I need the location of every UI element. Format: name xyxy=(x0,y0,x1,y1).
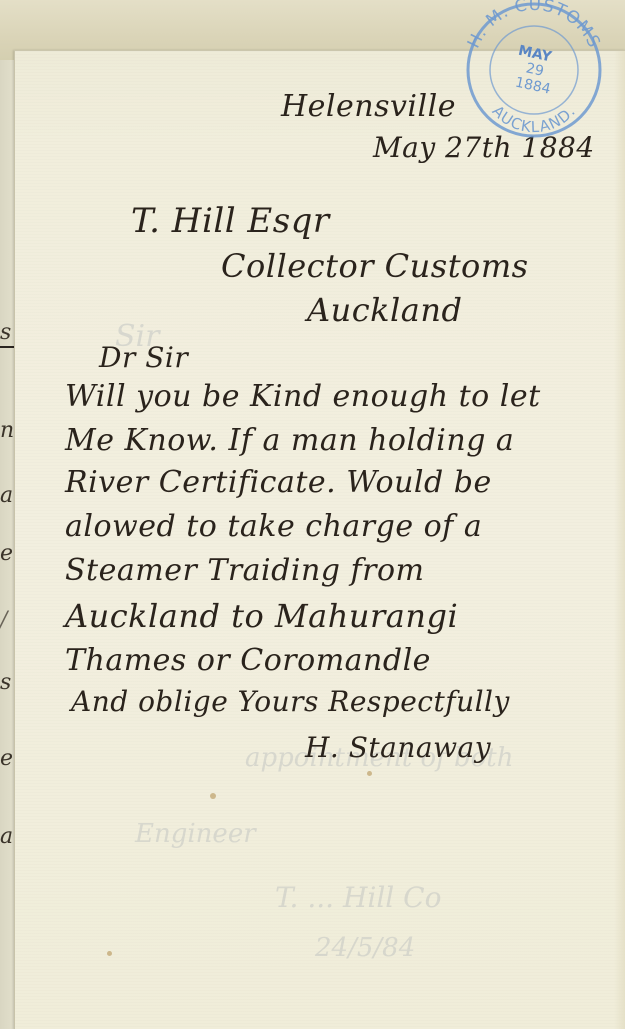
underlying-page-rule xyxy=(0,346,14,348)
letter-place: Helensville xyxy=(281,89,456,124)
ghost-text: T. ... Hill Co xyxy=(275,881,441,914)
closing: And oblige Yours Respectfully xyxy=(71,685,510,718)
body-line: River Certificate. Would be xyxy=(65,465,492,500)
underlying-fragment: s xyxy=(0,672,11,694)
ghost-text: Engineer xyxy=(135,819,256,849)
letter-sheet: Sir appointment of both Engineer T. ... … xyxy=(14,50,625,1029)
body-line: Steamer Traiding from xyxy=(65,553,424,588)
body-line: Me Know. If a man holding a xyxy=(65,423,514,458)
stamp-circle-icon: H. M. CUSTOMS AUCKLAND. MAY 29 1884 xyxy=(452,0,612,138)
signature: H. Stanaway xyxy=(305,731,491,764)
ghost-text: 24/5/84 xyxy=(315,933,415,963)
customs-date-stamp: H. M. CUSTOMS AUCKLAND. MAY 29 1884 xyxy=(452,0,612,138)
underlying-fragment: e xyxy=(0,748,13,770)
underlying-fragment: a xyxy=(0,826,13,848)
body-line: Thames or Coromandle xyxy=(65,643,431,678)
addressee-city: Auckland xyxy=(307,291,462,329)
body-line: Will you be Kind enough to let xyxy=(65,379,541,414)
underlying-fragment: / xyxy=(0,610,7,632)
underlying-fragment: e xyxy=(0,543,13,565)
underlying-fragment: a xyxy=(0,485,13,507)
svg-text:AUCKLAND.: AUCKLAND. xyxy=(489,102,580,136)
underlying-fragment: n xyxy=(0,420,14,442)
addressee-name: T. Hill Esqr xyxy=(131,201,330,241)
body-line: alowed to take charge of a xyxy=(65,509,482,544)
stamp-year: 1884 xyxy=(514,75,552,98)
body-line: Auckland to Mahurangi xyxy=(65,597,458,635)
addressee-title: Collector Customs xyxy=(221,247,529,285)
underlying-fragment: s xyxy=(0,322,11,344)
salutation: Dr Sir xyxy=(99,341,188,374)
